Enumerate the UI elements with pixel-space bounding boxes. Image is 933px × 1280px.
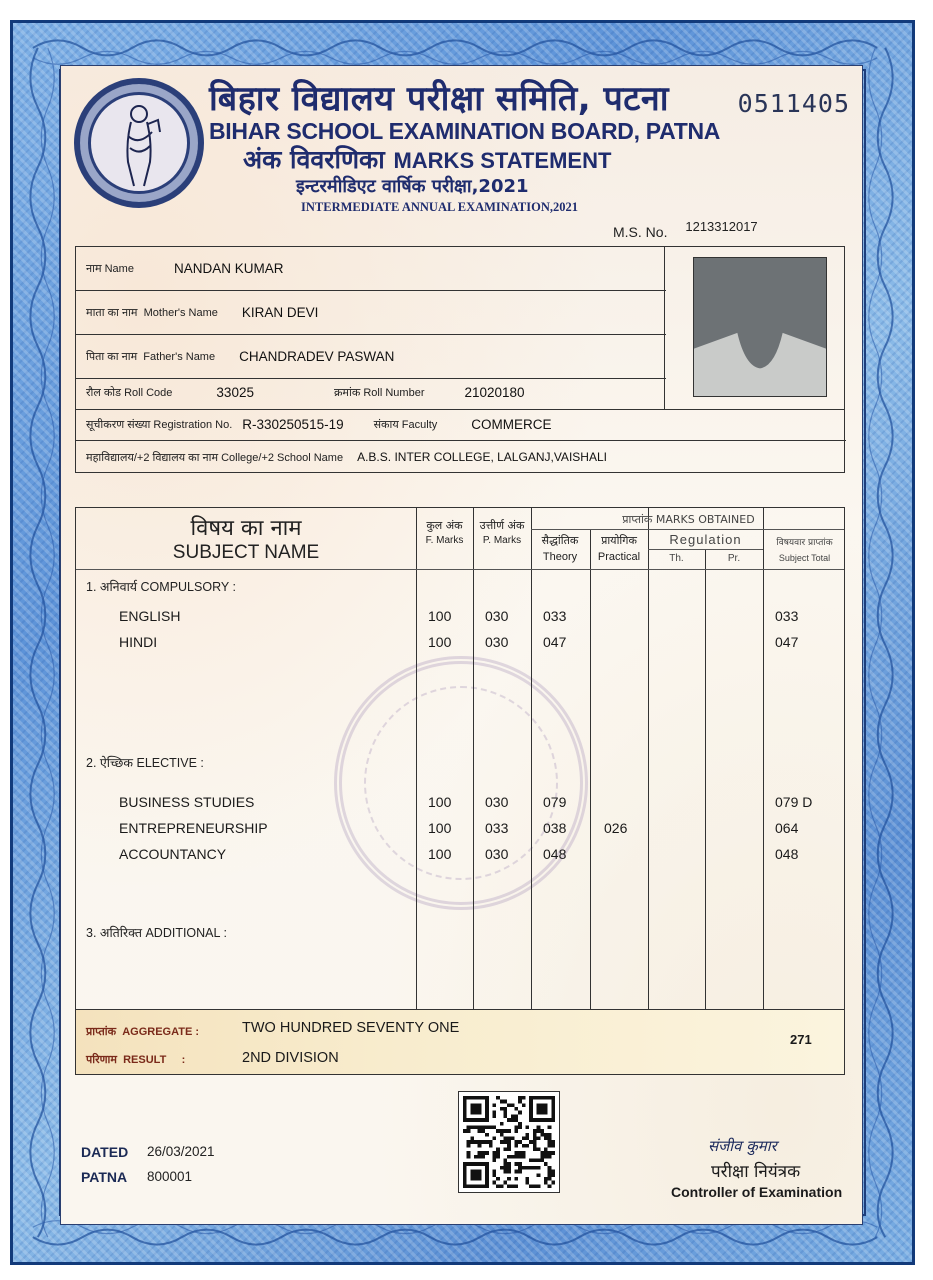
photo-shirt-shape bbox=[694, 327, 826, 396]
registration-label: सूचीकरण संख्या Registration No. bbox=[86, 417, 232, 432]
col-divider bbox=[416, 508, 417, 1009]
father-name: CHANDRADEV PASWAN bbox=[239, 349, 394, 364]
subject-name: ACCOUNTANCY bbox=[119, 846, 226, 862]
seated-figure-icon bbox=[112, 102, 166, 188]
result-value: 2ND DIVISION bbox=[242, 1050, 339, 1066]
father-name-label: पिता का नाम Father's Name bbox=[86, 349, 215, 364]
ms-number-label: M.S. No. bbox=[613, 224, 667, 240]
mother-name: KIRAN DEVI bbox=[242, 305, 319, 320]
aggregate-in-words: TWO HUNDRED SEVENTY ONE bbox=[242, 1020, 459, 1036]
col-divider bbox=[531, 508, 532, 1009]
mother-name-row: माता का नाम Mother's Name KIRAN DEVI bbox=[76, 291, 666, 335]
exam-name-english: INTERMEDIATE ANNUAL EXAMINATION,2021 bbox=[301, 200, 578, 215]
theory-header: Theory bbox=[531, 551, 589, 563]
photo-cell bbox=[664, 247, 844, 409]
issue-date: 26/03/2021 bbox=[147, 1144, 215, 1159]
marks-theory: 079 bbox=[543, 794, 566, 810]
name-label: नाम Name bbox=[86, 261, 134, 276]
col-divider bbox=[763, 508, 764, 1009]
section-label: 2. ऐच्छिक ELECTIVE : bbox=[86, 754, 204, 771]
roll-code-label: रौल कोड Roll Code bbox=[86, 385, 172, 400]
marks-pass: 030 bbox=[485, 634, 508, 650]
aggregate-total: 271 bbox=[790, 1032, 812, 1047]
theory-header-hindi: सैद्धांतिक bbox=[531, 533, 589, 548]
roll-number-label: क्रमांक Roll Number bbox=[334, 385, 425, 400]
document-title: अंक विवरणिका MARKS STATEMENT bbox=[243, 142, 611, 176]
board-name-english: BIHAR SCHOOL EXAMINATION BOARD, PATNA bbox=[209, 118, 720, 145]
marks-table: विषय का नाम SUBJECT NAME कुल अंक F. Mark… bbox=[75, 507, 845, 1010]
qr-code-pattern bbox=[463, 1096, 555, 1188]
serial-number: 0511405 bbox=[738, 89, 850, 118]
qr-code[interactable] bbox=[458, 1091, 560, 1193]
faculty-label: संकाय Faculty bbox=[374, 417, 438, 432]
student-photo bbox=[693, 257, 827, 397]
marks-pass: 030 bbox=[485, 794, 508, 810]
student-info-box: नाम Name NANDAN KUMAR माता का नाम Mother… bbox=[75, 246, 845, 473]
marks-theory: 048 bbox=[543, 846, 566, 862]
result-label: परिणाम RESULT : bbox=[86, 1052, 185, 1067]
document-title-hindi: अंक विवरणिका bbox=[243, 145, 385, 174]
controller-signature: संजीव कुमार bbox=[708, 1136, 777, 1156]
regulation-practical-header: Pr. bbox=[705, 553, 763, 564]
dated-label: DATED bbox=[81, 1144, 128, 1160]
controller-title-english: Controller of Examination bbox=[671, 1184, 842, 1200]
col-divider bbox=[648, 508, 649, 1009]
subject-name: HINDI bbox=[119, 634, 157, 650]
student-name: NANDAN KUMAR bbox=[174, 261, 284, 276]
section-label: 3. अतिरिक्त ADDITIONAL : bbox=[86, 924, 227, 941]
marks-total: 079 D bbox=[775, 794, 812, 810]
marks-theory: 033 bbox=[543, 608, 566, 624]
marks-obtained-header: प्राप्तांक MARKS OBTAINED bbox=[531, 512, 846, 527]
header-bottom-line bbox=[76, 569, 844, 570]
aggregate-label: प्राप्तांक AGGREGATE : bbox=[86, 1024, 199, 1039]
marks-full: 100 bbox=[428, 608, 451, 624]
practical-header: Practical bbox=[590, 551, 648, 563]
mother-name-label: माता का नाम Mother's Name bbox=[86, 305, 218, 320]
college-name: A.B.S. INTER COLLEGE, LALGANJ,VAISHALI bbox=[357, 450, 607, 464]
exam-name-hindi: इन्टरमीडिएट वार्षिक परीक्षा,2021 bbox=[296, 174, 529, 198]
board-name-hindi: बिहार विद्यालय परीक्षा समिति, पटना bbox=[209, 74, 669, 120]
marks-total: 064 bbox=[775, 820, 798, 836]
ms-number: M.S. No. 1213312017 bbox=[613, 224, 758, 240]
college-row: महाविद्यालय/+2 विद्यालय का नाम College/+… bbox=[76, 441, 846, 473]
father-name-row: पिता का नाम Father's Name CHANDRADEV PAS… bbox=[76, 335, 666, 379]
practical-header-hindi: प्रायोगिक bbox=[590, 533, 648, 548]
place-pin: 800001 bbox=[147, 1169, 192, 1184]
subject-header-english: SUBJECT NAME bbox=[76, 542, 416, 564]
registration-number: R-330250515-19 bbox=[242, 417, 343, 432]
marks-practical: 026 bbox=[604, 820, 627, 836]
col-divider bbox=[473, 508, 474, 1009]
subject-name: ENGLISH bbox=[119, 608, 180, 624]
subject-total-header: Subject Total bbox=[763, 553, 846, 563]
marks-pass: 030 bbox=[485, 608, 508, 624]
registration-row: सूचीकरण संख्या Registration No. R-330250… bbox=[76, 409, 846, 441]
roll-number: 21020180 bbox=[465, 385, 525, 400]
subject-name: BUSINESS STUDIES bbox=[119, 794, 254, 810]
controller-title-hindi: परीक्षा नियंत्रक bbox=[711, 1159, 800, 1182]
marks-statement: बिहार विद्यालय परीक्षा समिति, पटना 05114… bbox=[60, 65, 863, 1225]
marks-total: 047 bbox=[775, 634, 798, 650]
marks-full: 100 bbox=[428, 820, 451, 836]
college-label: महाविद्यालय/+2 विद्यालय का नाम College/+… bbox=[86, 450, 343, 465]
roll-row: रौल कोड Roll Code 33025 क्रमांक Roll Num… bbox=[76, 379, 666, 409]
header-divider bbox=[648, 549, 763, 550]
marks-pass: 030 bbox=[485, 846, 508, 862]
subject-total-header-hindi: विषयवार प्राप्तांक bbox=[763, 535, 846, 548]
aggregate-box: प्राप्तांक AGGREGATE : TWO HUNDRED SEVEN… bbox=[75, 1010, 845, 1075]
col-divider bbox=[590, 530, 591, 1009]
marks-full: 100 bbox=[428, 846, 451, 862]
faculty: COMMERCE bbox=[471, 417, 551, 432]
pass-marks-header: P. Marks bbox=[473, 535, 531, 546]
marks-theory: 047 bbox=[543, 634, 566, 650]
full-marks-header: F. Marks bbox=[416, 535, 473, 546]
marks-full: 100 bbox=[428, 634, 451, 650]
board-emblem-logo bbox=[74, 78, 204, 208]
watermark-emblem bbox=[334, 656, 588, 910]
name-row: नाम Name NANDAN KUMAR bbox=[76, 247, 666, 291]
marks-total: 048 bbox=[775, 846, 798, 862]
subject-header-hindi: विषय का नाम bbox=[76, 512, 416, 542]
marks-theory: 038 bbox=[543, 820, 566, 836]
ms-number-value: 1213312017 bbox=[685, 219, 757, 234]
place-label: PATNA bbox=[81, 1169, 127, 1185]
full-marks-header-hindi: कुल अंक bbox=[416, 518, 473, 533]
regulation-header: Regulation bbox=[648, 532, 763, 547]
document-title-english: MARKS STATEMENT bbox=[393, 148, 611, 173]
marks-total: 033 bbox=[775, 608, 798, 624]
section-label: 1. अनिवार्य COMPULSORY : bbox=[86, 578, 236, 595]
header-divider bbox=[531, 529, 844, 530]
pass-marks-header-hindi: उत्तीर्ण अंक bbox=[473, 518, 531, 533]
marks-full: 100 bbox=[428, 794, 451, 810]
roll-code: 33025 bbox=[216, 385, 254, 400]
regulation-theory-header: Th. bbox=[648, 553, 705, 564]
col-divider bbox=[705, 550, 706, 1009]
subject-name: ENTREPRENEURSHIP bbox=[119, 820, 268, 836]
marks-pass: 033 bbox=[485, 820, 508, 836]
